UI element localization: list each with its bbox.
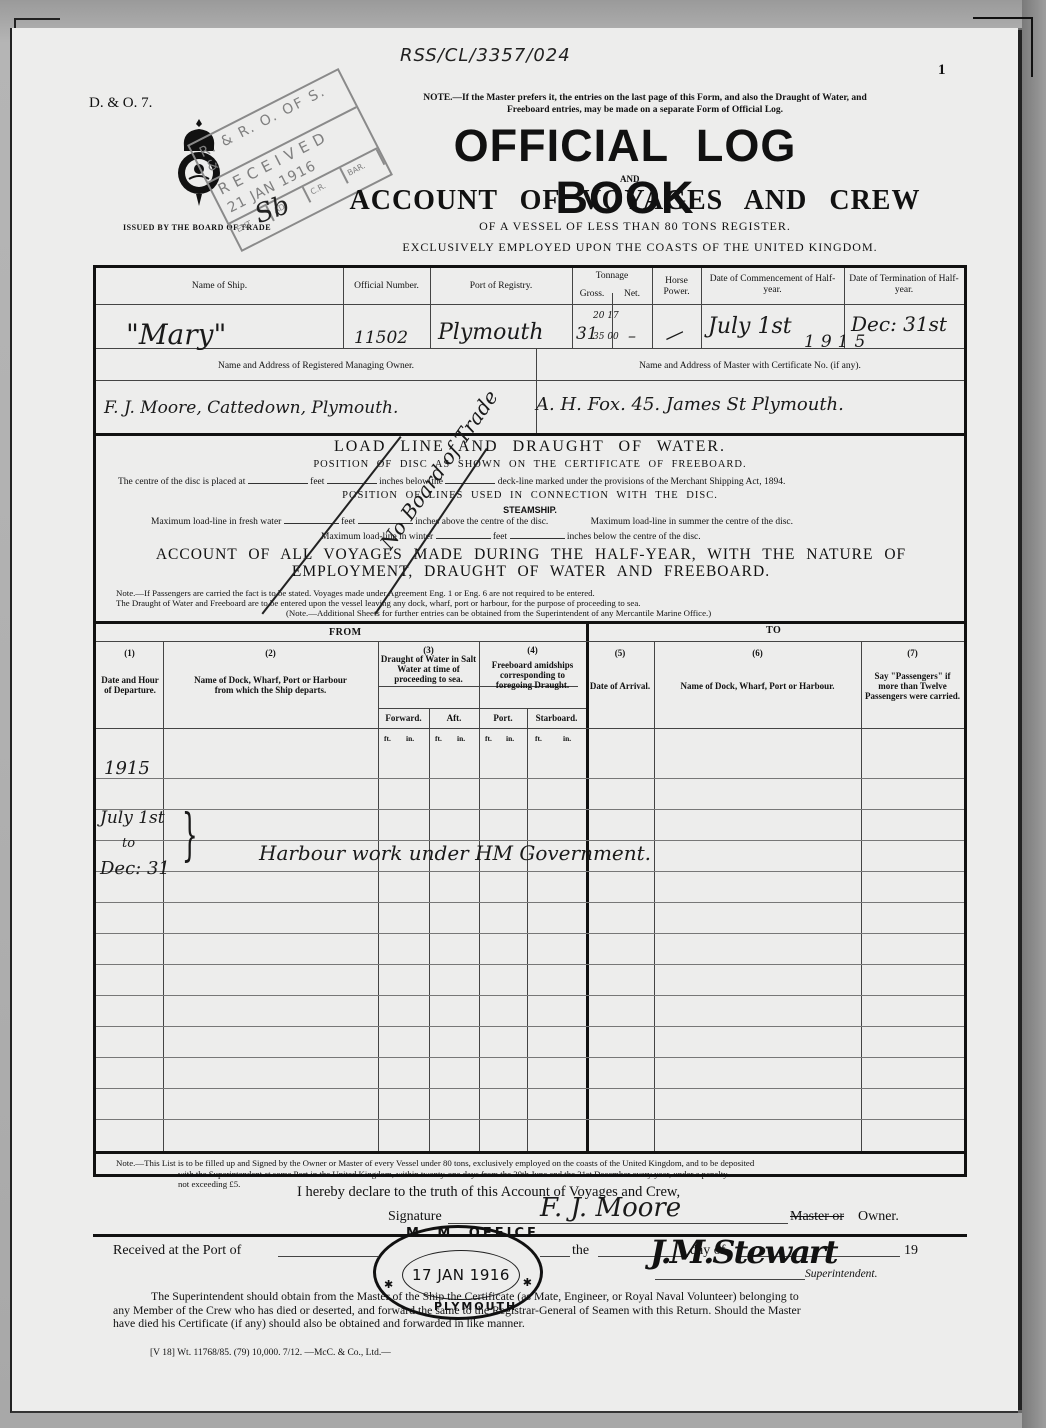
employment-label: EXCLUSIVELY EMPLOYED UPON THE COASTS OF … [360,240,920,255]
divider [430,268,431,348]
instruction-line: have died his Certificate (if any) shoul… [113,1317,963,1331]
account-title-line: ACCOUNT OF ALL VOYAGES MADE DURING THE H… [116,546,946,563]
entry-brace: } [182,803,198,868]
disc-position-title: POSITION OF DISC AS SHOWN ON THE CERTIFI… [96,459,964,470]
table-row-line [96,1088,964,1089]
text: feet [493,532,507,542]
label-owner: Name and Address of Registered Managing … [96,361,536,372]
master-struck: Master or [790,1209,844,1225]
label-termination: Date of Termination of Half-year. [844,274,964,296]
signature-line[interactable] [448,1223,788,1224]
superintendent-line[interactable] [655,1279,805,1280]
account-title: ACCOUNT OF ALL VOYAGES MADE DURING THE H… [116,546,946,580]
superintendent-signature: J.M.Stewart [650,1233,837,1271]
received-port-field-cont[interactable] [540,1256,570,1257]
horse-power-value: — [660,319,688,349]
vessel-class-label: OF A VESSEL OF LESS THAN 80 TONS REGISTE… [410,219,860,234]
unit-ft: ft. [535,734,542,743]
col-num: (7) [861,648,964,658]
unit-in: in. [506,734,514,743]
account-note: Note.—If Passengers are carried the fact… [116,588,946,598]
label-port: Port of Registry. [430,281,572,292]
stamp-ring-top: M. M. OFFICE [406,1226,539,1241]
header-note-line: Freeboard entries, may be made on a sepa… [340,104,950,116]
owner-signature: F. J. Moore [540,1193,681,1223]
year-prefix: 19 [904,1243,918,1259]
col-header-freeboard: Freeboard amidships corresponding to for… [481,660,584,690]
col-divider [429,708,430,1151]
winter-feet-blank[interactable] [436,531,491,539]
entry-to-word: to [122,836,135,851]
instruction-line: any Member of the Crew who has died or d… [113,1304,963,1318]
archive-reference: RSS/CL/3357/024 [400,45,571,66]
scan-edge [1022,0,1046,1428]
col-num: (5) [586,648,654,658]
winter-inches-blank[interactable] [510,531,565,539]
table-row-line [96,1119,964,1120]
account-note: (Note.—Additional Sheets for further ent… [116,608,946,618]
table-row-line [96,933,964,934]
title-and: AND [620,174,640,184]
page-subtitle: ACCOUNT OF VOYAGES AND CREW [335,185,935,217]
entry-to-date: Dec: 31 [100,858,170,879]
net-dash: – [628,326,636,345]
text: The centre of the disc is placed at [118,477,245,487]
col-divider [527,708,528,1151]
col-header-from-dock: Name of Dock, Wharf, Port or Harbour fro… [188,675,353,695]
entry-description: Harbour work under HM Government. [259,841,651,865]
entry-year: 1915 [104,758,150,779]
ship-name-value: "Mary" [126,318,226,351]
crop-mark [14,18,60,28]
text: feet [341,517,355,527]
table-row-line [96,1026,964,1027]
subcol-aft: Aft. [429,713,479,723]
col-divider [861,641,862,1151]
account-notes: Note.—If Passengers are carried the fact… [116,588,946,618]
col-header-arrival: Date of Arrival. [588,681,652,691]
col-num: (1) [96,648,163,658]
subcol-port: Port. [479,713,527,723]
divider [96,621,964,624]
to-label: TO [766,625,781,636]
table-row-line [96,1057,964,1058]
load-line-section: LOAD LINE AND DRAUGHT OF WATER. POSITION… [96,436,964,621]
text: Maximum load-line in summer the centre o… [591,517,793,527]
divider [343,268,344,348]
col-divider [654,641,655,1151]
fresh-water-line: Maximum load-line in fresh water feet in… [151,516,961,527]
text: deck-line marked under the provisions of… [498,477,786,487]
col-num: (6) [654,648,861,658]
divider [378,708,586,709]
disc-feet-blank[interactable] [248,476,308,484]
from-label: FROM [329,627,362,638]
entry-from-date: July 1st [100,808,165,828]
header-note-line: NOTE.—If the Master prefers it, the entr… [340,92,950,104]
label-ship-name: Name of Ship. [96,281,343,292]
unit-in: in. [457,734,465,743]
disc-centre-line: The centre of the disc is placed at feet… [118,476,958,487]
termination-value: Dec: 31st [851,312,947,336]
unit-in: in. [406,734,414,743]
steamship-label: STEAMSHIP. [96,505,964,515]
page-edge [1018,30,1022,1410]
unit-ft: ft. [435,734,442,743]
lines-position-title: POSITION OF LINES USED IN CONNECTION WIT… [96,490,964,501]
subcol-starboard: Starboard. [527,713,586,723]
text: Maximum load-line in fresh water [151,517,281,527]
official-number-value: 11502 [354,328,408,348]
col-header-draught: Draught of Water in Salt Water at time o… [380,654,477,684]
table-row-line [96,964,964,965]
label-master: Name and Address of Master with Certific… [536,361,964,372]
account-title-line: EMPLOYMENT, DRAUGHT OF WATER AND FREEBOA… [116,563,946,580]
printer-line: [V 18] Wt. 11768/85. (79) 10,000. 7/12. … [150,1348,391,1358]
label-horse-power: Horse Power. [652,276,701,298]
received-port-field[interactable] [278,1256,378,1257]
label-tonnage: Tonnage [572,271,652,282]
divider [96,1151,964,1154]
unit-ft: ft. [485,734,492,743]
unit-ft: ft. [384,734,391,743]
col-header-passengers: Say "Passengers" if more than Twelve Pas… [864,671,961,701]
form-code: D. & O. 7. [89,95,152,112]
page-number: 1 [938,62,946,79]
net-bottom-value: 35 00 [593,332,619,342]
account-note: The Draught of Water and Freeboard are t… [116,598,946,608]
col-header-to-dock: Name of Dock, Wharf, Port or Harbour. [679,681,836,691]
col-num: (2) [163,648,378,658]
divider [96,641,964,642]
commencement-value: July 1st [708,314,792,339]
net-top-value: 20 17 [593,311,619,321]
table-row-line [96,778,964,779]
deck-line-blank[interactable] [445,476,495,484]
footer-note-line: Note.—This List is to be filled up and S… [116,1158,966,1169]
port-value: Plymouth [438,320,544,345]
col-num: (4) [479,645,586,655]
signature-label: Signature [388,1209,442,1225]
header-note: NOTE.—If the Master prefers it, the entr… [340,92,950,116]
log-form: Name of Ship. Official Number. Port of R… [93,265,967,1177]
footer-note-line: with the Superintendent at some Port in … [116,1169,966,1180]
divider [96,728,964,729]
table-row-line [96,809,964,810]
label-gross: Gross. [572,289,612,300]
subcol-forward: Forward. [378,713,429,723]
label-net: Net. [612,289,652,300]
text: inches below the centre of the disc. [567,532,701,542]
from-to-divider [586,621,589,1151]
col-header-departure: Date and Hour of Departure. [100,675,160,695]
load-line-title: LOAD LINE AND DRAUGHT OF WATER. [96,438,964,456]
col-divider [163,641,164,1151]
divider [96,380,964,381]
master-value: A. H. Fox. 45. James St Plymouth. [536,394,844,415]
the-label: the [572,1243,589,1259]
text: feet [310,477,324,487]
label-commencement: Date of Commencement of Half-year. [701,274,844,296]
superintendent-instructions: The Superintendent should obtain from th… [113,1290,963,1331]
table-row-line [96,995,964,996]
divider [96,304,964,305]
owner-value: F. J. Moore, Cattedown, Plymouth. [104,398,398,418]
label-official-number: Official Number. [343,281,430,292]
table-row-line [96,902,964,903]
star-icon: ✱ [523,1276,532,1289]
received-port-label: Received at the Port of [113,1243,241,1259]
table-row-line [96,871,964,872]
unit-in: in. [563,734,571,743]
instruction-line: The Superintendent should obtain from th… [113,1290,963,1304]
owner-label: Owner. [858,1209,899,1225]
winter-line: Maximum load-line in winter feet inches … [321,531,921,542]
